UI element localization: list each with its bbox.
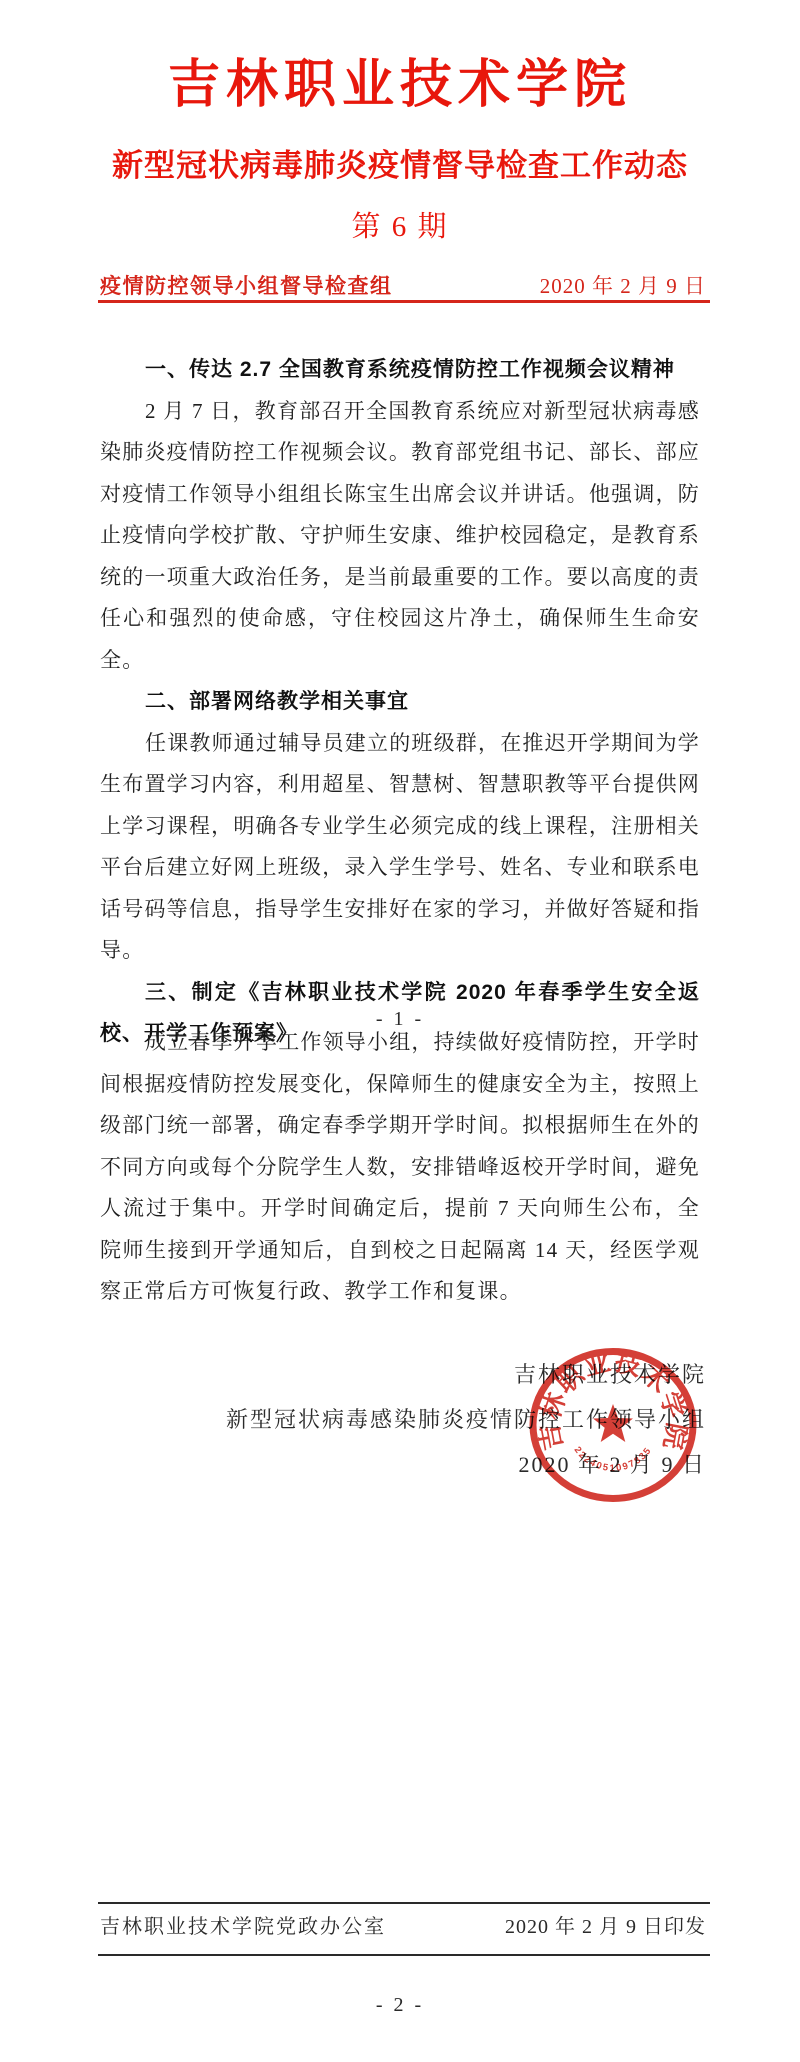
masthead-issuing-group: 疫情防控领导小组督导检查组 [100,270,393,300]
footer-divider-top [98,1902,710,1904]
section-2-heading: 二、部署网络教学相关事宜 [100,681,700,723]
body-page2: 成立春季开学工作领导小组，持续做好疫情防控，开学时间根据疫情防控发展变化，保障师… [100,1022,700,1313]
masthead: 疫情防控领导小组督导检查组 2020 年 2 月 9 日 [100,270,706,300]
issue-number: 第 6 期 [0,210,800,244]
document-page: 吉林职业技术学院 新型冠状病毒肺炎疫情督导检查工作动态 第 6 期 疫情防控领导… [0,0,800,2062]
section-2-paragraph: 任课教师通过辅导员建立的班级群，在推迟开学期间为学生布置学习内容，利用超星、智慧… [100,723,700,972]
footer-row: 吉林职业技术学院党政办公室 2020 年 2 月 9 日印发 [100,1912,706,1942]
seal-star-icon [593,1404,633,1442]
seal-ring-text: 吉林职业技术学院 [535,1347,691,1452]
masthead-divider [98,300,710,303]
section-3-paragraph: 成立春季开学工作领导小组，持续做好疫情防控，开学时间根据疫情防控发展变化，保障师… [100,1022,700,1313]
footer-office: 吉林职业技术学院党政办公室 [100,1912,386,1942]
masthead-date: 2020 年 2 月 9 日 [540,270,706,300]
page-2-number: - 2 - [0,1990,800,2020]
body-page1: 一、传达 2.7 全国教育系统疫情防控工作视频会议精神 2 月 7 日，教育部召… [100,349,700,1055]
footer-divider-bottom [98,1954,710,1956]
doc-title: 吉林职业技术学院 [0,56,800,116]
footer-print-date: 2020 年 2 月 9 日印发 [505,1912,706,1942]
section-1-heading: 一、传达 2.7 全国教育系统疫情防控工作视频会议精神 [100,349,700,391]
seal-serial-number: 2224051097835 [572,1445,655,1474]
seal-ring-text-wrap: 吉林职业技术学院 [535,1347,691,1452]
section-1-paragraph: 2 月 7 日，教育部召开全国教育系统应对新型冠状病毒感染肺炎疫情防控工作视频会… [100,391,700,682]
seal-serial-wrap: 2224051097835 [572,1445,655,1474]
doc-subtitle: 新型冠状病毒肺炎疫情督导检查工作动态 [0,148,800,184]
official-seal-stamp: 吉林职业技术学院 2224051097835 [526,1344,700,1506]
